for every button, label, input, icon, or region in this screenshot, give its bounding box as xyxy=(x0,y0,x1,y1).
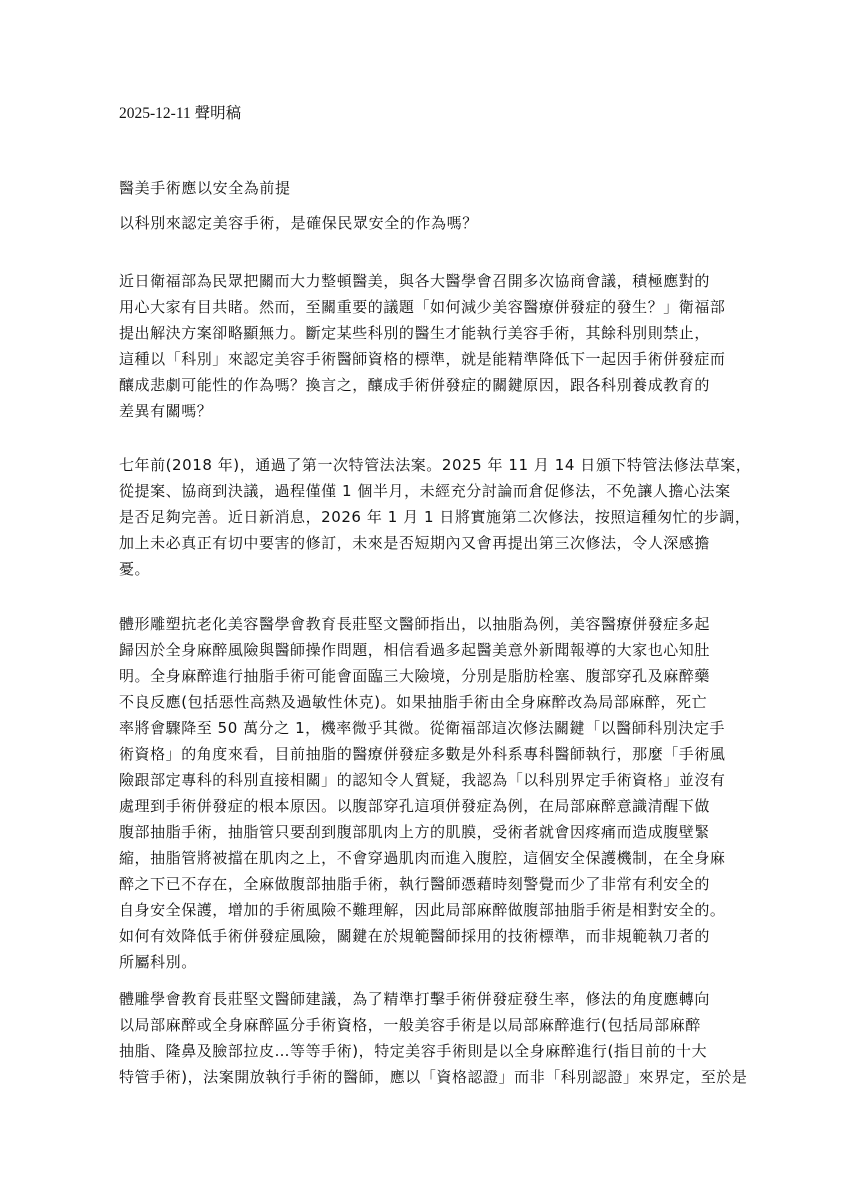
text-line: 憂。 xyxy=(119,556,759,582)
paragraph-3: 體形雕塑抗老化美容醫學會教育長莊堅文醫師指出，以抽脂為例，美容醫療併發症多起 歸… xyxy=(119,611,759,975)
date-header: 2025-12-11 聲明稿 xyxy=(119,104,241,124)
text-line: 提出解決方案卻略顯無力。斷定某些科別的醫生才能執行美容手術，其餘科別則禁止， xyxy=(119,320,759,346)
text-line: 用心大家有目共睹。然而，至關重要的議題「如何減少美容醫療併發症的發生？」衛福部 xyxy=(119,294,759,320)
text-line: 歸因於全身麻醉風險與醫師操作問題，相信看過多起醫美意外新聞報導的大家也心知肚 xyxy=(119,637,759,663)
text-line: 自身安全保護，增加的手術風險不難理解，因此局部麻醉做腹部抽脂手術是相對安全的。 xyxy=(119,897,759,923)
paragraph-4: 體雕學會教育長莊堅文醫師建議，為了精準打擊手術併發症發生率，修法的角度應轉向 以… xyxy=(119,986,759,1090)
text-line: 七年前(2018 年)，通過了第一次特管法法案。2025 年 11 月 14 日… xyxy=(119,452,759,478)
paragraph-2: 七年前(2018 年)，通過了第一次特管法法案。2025 年 11 月 14 日… xyxy=(119,452,759,582)
text-line: 險跟部定專科的科別直接相關」的認知令人質疑，我認為「以科別界定手術資格」並沒有 xyxy=(119,767,759,793)
text-line: 釀成悲劇可能性的作為嗎？換言之，釀成手術併發症的關鍵原因，跟各科別養成教育的 xyxy=(119,372,759,398)
text-line: 這種以「科別」來認定美容手術醫師資格的標準，就是能精準降低下一起因手術併發症而 xyxy=(119,346,759,372)
text-line: 以局部麻醉或全身麻醉區分手術資格，一般美容手術是以局部麻醉進行(包括局部麻醉 xyxy=(119,1012,759,1038)
text-line: 處理到手術併發症的根本原因。以腹部穿孔這項併發症為例，在局部麻醉意識清醒下做 xyxy=(119,793,759,819)
text-line: 明。全身麻醉進行抽脂手術可能會面臨三大險境，分別是脂肪栓塞、腹部穿孔及麻醉藥 xyxy=(119,663,759,689)
text-line: 率將會驟降至 50 萬分之 1，機率微乎其微。從衛福部這次修法關鍵「以醫師科別決… xyxy=(119,715,759,741)
text-line: 如何有效降低手術併發症風險，關鍵在於規範醫師採用的技術標準，而非規範執刀者的 xyxy=(119,923,759,949)
text-line: 抽脂、隆鼻及臉部拉皮…等等手術)，特定美容手術則是以全身麻醉進行(指目前的十大 xyxy=(119,1038,759,1064)
text-line: 從提案、協商到決議，過程僅僅 1 個半月，未經充分討論而倉促修法，不免讓人擔心法… xyxy=(119,478,759,504)
text-line: 縮，抽脂管將被擋在肌肉之上，不會穿過肌肉而進入腹腔，這個安全保護機制，在全身麻 xyxy=(119,845,759,871)
document-subtitle: 以科別來認定美容手術，是確保民眾安全的作為嗎？ xyxy=(119,213,478,233)
text-line: 是否足夠完善。近日新消息，2026 年 1 月 1 日將實施第二次修法，按照這種… xyxy=(119,504,759,530)
text-line: 特管手術)，法案開放執行手術的醫師，應以「資格認證」而非「科別認證」來界定，至於… xyxy=(119,1064,759,1090)
text-line: 近日衛福部為民眾把關而大力整頓醫美，與各大醫學會召開多次協商會議，積極應對的 xyxy=(119,268,759,294)
document-title: 醫美手術應以安全為前提 xyxy=(119,178,291,198)
text-line: 差異有關嗎？ xyxy=(119,398,759,424)
text-line: 所屬科別。 xyxy=(119,949,759,975)
text-line: 加上未必真正有切中要害的修訂，未來是否短期內又會再提出第三次修法，令人深感擔 xyxy=(119,530,759,556)
text-line: 不良反應(包括惡性高熱及過敏性休克)。如果抽脂手術由全身麻醉改為局部麻醉，死亡 xyxy=(119,689,759,715)
document-page: 2025-12-11 聲明稿 醫美手術應以安全為前提 以科別來認定美容手術，是確… xyxy=(0,0,849,1200)
text-line: 醉之下已不存在，全麻做腹部抽脂手術，執行醫師憑藉時刻警覺而少了非常有利安全的 xyxy=(119,871,759,897)
text-line: 腹部抽脂手術，抽脂管只要刮到腹部肌肉上方的肌膜，受術者就會因疼痛而造成腹壁緊 xyxy=(119,819,759,845)
paragraph-1: 近日衛福部為民眾把關而大力整頓醫美，與各大醫學會召開多次協商會議，積極應對的 用… xyxy=(119,268,759,424)
text-line: 體形雕塑抗老化美容醫學會教育長莊堅文醫師指出，以抽脂為例，美容醫療併發症多起 xyxy=(119,611,759,637)
text-line: 體雕學會教育長莊堅文醫師建議，為了精準打擊手術併發症發生率，修法的角度應轉向 xyxy=(119,986,759,1012)
text-line: 術資格」的角度來看，目前抽脂的醫療併發症多數是外科系專科醫師執行，那麼「手術風 xyxy=(119,741,759,767)
